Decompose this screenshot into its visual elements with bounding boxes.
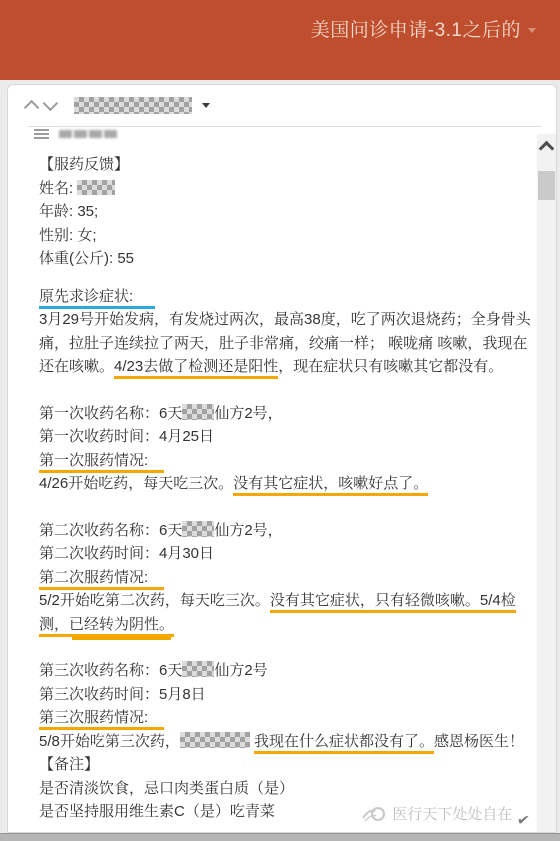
redacted-medicine-mosaic <box>182 521 214 537</box>
symptoms-line-2: 痛，拉肚子连续拉了两天，肚子非常痛，绞痛一样； 喉咙痛 咳嗽，我现在 <box>39 332 530 356</box>
dropdown-arrow-icon[interactable] <box>202 103 210 108</box>
watermark-text: 医行天下处处自在 <box>392 803 512 824</box>
round1-medicine-line: 第一次收药名称：6天仙方2号， <box>39 402 530 426</box>
text-run: 第一次收药时间：4月25日 <box>39 428 214 445</box>
heading-text: 【服药反馈】 <box>39 156 129 173</box>
text-run: 第三次收药名称：6天 <box>39 662 182 679</box>
clipped-text-fragment <box>74 130 87 138</box>
round1-time-line: 第一次收药时间：4月25日 <box>39 425 530 449</box>
document-content: 【服药反馈】 姓名: 年龄: 35; 性别: 女; 体重(公斤): 55 原先求… <box>8 141 556 824</box>
scroll-up-icon[interactable] <box>539 141 555 157</box>
patient-name-line: 姓名: <box>39 177 530 201</box>
clipped-text-fragment <box>104 130 117 138</box>
record-toolbar <box>8 85 556 126</box>
watermark: 医行天下处处自在 ✔ <box>361 803 530 824</box>
highlighted-run: 4/23去做了检测还是阳性 <box>114 358 278 379</box>
round3-time-line: 第三次收药时间：5月8日 <box>39 683 530 707</box>
hamburger-icon[interactable] <box>34 129 49 141</box>
text-run: 仙方2号， <box>214 405 282 422</box>
text-run: 是否坚持服用维生素C（是）吃青菜 <box>39 803 275 820</box>
round2-status-line-2: 测，已经转为阴性。 <box>39 613 530 637</box>
highlighted-run: 我现在什么症状都没有了。 <box>254 733 434 754</box>
patient-gender-line: 性别: 女; <box>39 224 530 248</box>
round2-medicine-line: 第二次收药名称：6天仙方2号， <box>39 519 530 543</box>
text-run: 第二次收药时间：4月30日 <box>39 545 214 562</box>
text-run: 5/2开始吃第二次药，每天吃三次。 <box>39 592 270 609</box>
redacted-name-mosaic <box>77 180 115 195</box>
group-title-dropdown[interactable]: 美国问诊申请-3.1之后的 <box>311 15 536 42</box>
round2-status-label-line: 第二次服药情况: <box>39 566 530 590</box>
symptoms-label: 原先求诊症状: <box>39 288 155 309</box>
patient-weight-line: 体重(公斤): 55 <box>39 247 530 271</box>
chevron-down-icon <box>528 28 536 33</box>
text-run: 感恩杨医生！ <box>434 733 524 750</box>
app-header: 美国问诊申请-3.1之后的 <box>0 0 560 80</box>
text-run: 5/8开始吃第三次药， <box>39 733 180 750</box>
round1-status-line: 4/26开始吃药，每天吃三次。没有其它症状，咳嗽好点了。 <box>39 472 530 496</box>
redacted-medicine-mosaic <box>182 661 214 677</box>
highlighted-run: 没有其它症状，只有轻微咳嗽。 <box>270 592 480 613</box>
text-run: 仙方2号 <box>214 662 267 679</box>
clipped-section-row <box>8 127 556 141</box>
text-run: 4/26开始吃药，每天吃三次。 <box>39 475 233 492</box>
text-run: ，现在症状只有咳嗽其它都没有。 <box>278 358 503 375</box>
round3-medicine-line: 第三次收药名称：6天仙方2号 <box>39 659 530 683</box>
redacted-record-name-mosaic <box>74 97 192 114</box>
text-run: 3月29号开始发病，有发烧过两次，最高38度，吃了两次退烧药；全身骨头 <box>39 311 531 328</box>
text-run: 还在咳嗽。 <box>39 358 114 375</box>
checkmark-icon: ✔ <box>516 810 531 830</box>
double-underlined-run: 已经转为阴性。 <box>69 616 174 637</box>
patient-age-line: 年龄: 35; <box>39 200 530 224</box>
round2-time-line: 第二次收药时间：4月30日 <box>39 542 530 566</box>
text-run: 是否清淡饮食，忌口肉类蛋白质（是） <box>39 780 294 797</box>
name-label: 姓名: <box>39 180 77 197</box>
status-label: 第二次服药情况: <box>39 569 164 590</box>
round3-status-label-line: 第三次服药情况: <box>39 706 530 730</box>
symptoms-line-1: 3月29号开始发病，有发烧过两次，最高38度，吃了两次退烧药；全身骨头 <box>39 308 530 332</box>
highlighted-run: 没有其它症状，咳嗽好点了。 <box>233 475 428 496</box>
watermark-logo-icon <box>361 805 387 823</box>
age-text: 年龄: 35; <box>39 203 98 220</box>
highlighted-run: 5/4检 <box>480 592 516 613</box>
redacted-text-mosaic <box>180 732 250 748</box>
status-label: 第一次服药情况: <box>39 452 164 473</box>
doc-heading: 【服药反馈】 <box>39 153 530 177</box>
weight-text: 体重(公斤): 55 <box>39 250 134 267</box>
window-bottom-edge <box>0 833 560 841</box>
scrollbar-thumb[interactable] <box>538 171 555 200</box>
round2-status-line-1: 5/2开始吃第二次药，每天吃三次。没有其它症状，只有轻微咳嗽。5/4检 <box>39 589 530 613</box>
text-run: 第一次收药名称：6天 <box>39 405 182 422</box>
round1-status-label-line: 第一次服药情况: <box>39 449 530 473</box>
scrollbar[interactable] <box>537 134 556 832</box>
symptoms-line-3: 还在咳嗽。4/23去做了检测还是阳性，现在症状只有咳嗽其它都没有。 <box>39 355 530 379</box>
round3-status-line: 5/8开始吃第三次药， 我现在什么症状都没有了。感恩杨医生！ <box>39 730 530 754</box>
heading-text: 【备注】 <box>39 756 99 773</box>
redacted-medicine-mosaic <box>182 404 214 420</box>
document-card: 【服药反馈】 姓名: 年龄: 35; 性别: 女; 体重(公斤): 55 原先求… <box>7 84 557 833</box>
highlighted-run: 测， <box>39 616 69 637</box>
chevron-up-icon[interactable] <box>24 100 40 116</box>
chevron-down-icon[interactable] <box>43 96 59 112</box>
clipped-text-fragment <box>89 130 102 138</box>
text-run: 第二次收药名称：6天 <box>39 522 182 539</box>
notes-heading: 【备注】 <box>39 753 530 777</box>
page-title: 美国问诊申请-3.1之后的 <box>311 15 521 42</box>
text-run: 仙方2号， <box>214 522 282 539</box>
text-run: 第三次收药时间：5月8日 <box>39 686 206 703</box>
notes-line-1: 是否清淡饮食，忌口肉类蛋白质（是） <box>39 777 530 801</box>
gender-text: 性别: 女; <box>39 227 97 244</box>
text-run: 痛，拉肚子连续拉了两天，肚子非常痛，绞痛一样； 喉咙痛 咳嗽，我现在 <box>39 335 527 352</box>
symptoms-label-line: 原先求诊症状: <box>39 285 530 309</box>
clipped-text-fragment <box>59 130 72 138</box>
status-label: 第三次服药情况: <box>39 709 164 730</box>
